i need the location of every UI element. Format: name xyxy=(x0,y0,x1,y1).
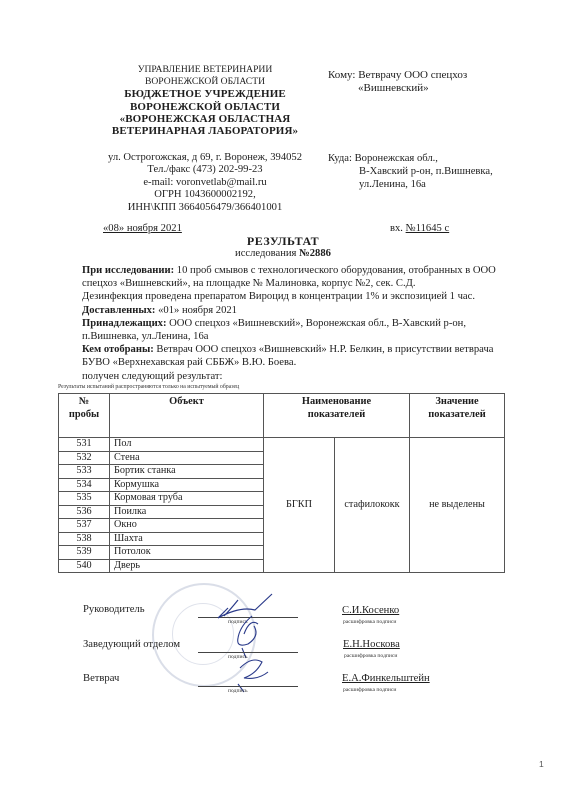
sample-number: 533 xyxy=(59,465,110,479)
sample-object: Кормушка xyxy=(110,478,264,492)
sample-number: 532 xyxy=(59,451,110,465)
sample-object: Дверь xyxy=(110,559,264,573)
incoming-number-value: №11645 с xyxy=(406,223,450,234)
sample-number: 540 xyxy=(59,559,110,573)
sample-object: Окно xyxy=(110,519,264,533)
research-paragraph: При исследовании: 10 проб смывов с техно… xyxy=(82,264,522,290)
ogrn-line: ОГРН 1043600002192, xyxy=(80,189,330,201)
sample-number: 534 xyxy=(59,478,110,492)
table-row: 531 Пол БГКП стафилококк не выделены xyxy=(59,438,505,452)
page-number: 1 xyxy=(539,759,544,769)
sample-number: 531 xyxy=(59,438,110,452)
incoming-number: вх. №11645 с xyxy=(390,223,449,234)
signature-caption: подпись xyxy=(228,654,248,660)
header-object: Объект xyxy=(110,394,264,438)
phone-line: Тел./факс (473) 202-99-23 xyxy=(80,164,330,176)
name-caption: расшифровка подписи xyxy=(344,653,397,659)
signature-caption: подпись xyxy=(228,688,248,694)
document-subtitle: исследования №2886 xyxy=(0,248,566,259)
header-text: пробы xyxy=(69,409,99,420)
name-caption: расшифровка подписи xyxy=(343,687,396,693)
signature-role-head: Руководитель xyxy=(83,604,145,615)
inn-line: ИНН\КПП 3664056479/366401001 xyxy=(80,202,330,214)
delivered-paragraph: Доставленных: «01» ноября 2021 xyxy=(82,304,522,317)
owner-label: Принадлежащих: xyxy=(82,318,167,329)
org-line: ВОРОНЕЖСКОЙ ОБЛАСТИ xyxy=(80,101,330,113)
address-line: ул. Острогожская, д 69, г. Воронеж, 3940… xyxy=(80,152,330,164)
signatory-name: С.И.Косенко xyxy=(342,605,399,616)
recipient-line: «Вишневский» xyxy=(328,82,467,95)
header-indicator-value: Значениепоказателей xyxy=(410,394,505,438)
indicator-value: не выделены xyxy=(410,438,505,573)
organization-header: УПРАВЛЕНИЕ ВЕТЕРИНАРИИ ВОРОНЕЖСКОЙ ОБЛАС… xyxy=(80,64,330,137)
results-table: №пробы Объект Наименованиепоказателей Зн… xyxy=(58,393,505,573)
signatory-name: Е.А.Финкельштейн xyxy=(342,673,430,684)
where-line: В-Хавский р-он, п.Вишневка, xyxy=(328,165,493,178)
where-line: Куда: Воронежская обл., xyxy=(328,152,493,165)
org-line: «ВОРОНЕЖСКАЯ ОБЛАСТНАЯ xyxy=(80,113,330,125)
signature-role-vet: Ветврач xyxy=(83,673,119,684)
signature-line xyxy=(198,686,298,687)
signatory-name: Е.Н.Носкова xyxy=(343,639,400,650)
recipient-line: Кому: Ветврачу ООО спецхоз xyxy=(328,69,467,82)
sampled-label: Кем отобраны: xyxy=(82,344,154,355)
name-caption: расшифровка подписи xyxy=(343,619,396,625)
delivered-text: «01» ноября 2021 xyxy=(155,305,237,316)
disinfection-text: Дезинфекция проведена препаратом Вироцид… xyxy=(82,290,522,303)
sample-object: Потолок xyxy=(110,546,264,560)
org-line: ВОРОНЕЖСКОЙ ОБЛАСТИ xyxy=(80,76,330,88)
subtitle-prefix: исследования xyxy=(235,248,299,259)
sample-object: Кормовая труба xyxy=(110,492,264,506)
sample-object: Стена xyxy=(110,451,264,465)
sample-number: 539 xyxy=(59,546,110,560)
header-text: показателей xyxy=(428,409,485,420)
header-indicator-name: Наименованиепоказателей xyxy=(264,394,410,438)
sample-number: 535 xyxy=(59,492,110,506)
recipient-to: Кому: Ветврачу ООО спецхоз «Вишневский» xyxy=(328,69,467,95)
recipient-where: Куда: Воронежская обл., В-Хавский р-он, … xyxy=(328,152,493,191)
result-intro: получен следующий результат: xyxy=(82,370,522,383)
org-line: ВЕТЕРИНАРНАЯ ЛАБОРАТОРИЯ» xyxy=(80,125,330,137)
header-text: показателей xyxy=(308,409,365,420)
sample-object: Бортик станка xyxy=(110,465,264,479)
sample-number: 538 xyxy=(59,532,110,546)
signature-line xyxy=(198,652,298,653)
handwritten-signatures-icon xyxy=(210,588,310,698)
header-text: Значение xyxy=(435,396,478,407)
email-line: e-mail: voronvetlab@mail.ru xyxy=(80,177,330,189)
results-disclaimer: Результаты испытаний распространяются то… xyxy=(58,384,239,390)
where-line: ул.Ленина, 16а xyxy=(328,178,493,191)
delivered-label: Доставленных: xyxy=(82,305,155,316)
document-title: РЕЗУЛЬТАТ xyxy=(0,234,566,249)
signature-role-dept-head: Заведующий отделом xyxy=(83,639,180,650)
indicator-bgkp: БГКП xyxy=(264,438,335,573)
incoming-prefix: вх. xyxy=(390,223,406,234)
sampled-paragraph: Кем отобраны: Ветврач ООО спецхоз «Вишне… xyxy=(82,343,522,369)
sample-object: Поилка xyxy=(110,505,264,519)
owner-paragraph: Принадлежащих: ООО спецхоз «Вишневский»,… xyxy=(82,317,522,343)
org-line: УПРАВЛЕНИЕ ВЕТЕРИНАРИИ xyxy=(80,64,330,76)
research-number: №2886 xyxy=(299,248,331,259)
header-text: Наименование xyxy=(302,396,371,407)
table-header-row: №пробы Объект Наименованиепоказателей Зн… xyxy=(59,394,505,438)
document-body: При исследовании: 10 проб смывов с техно… xyxy=(82,264,522,383)
sample-number: 537 xyxy=(59,519,110,533)
research-label: При исследовании: xyxy=(82,265,174,276)
header-text: № xyxy=(79,396,89,407)
sample-object: Шахта xyxy=(110,532,264,546)
sample-number: 536 xyxy=(59,505,110,519)
sample-object: Пол xyxy=(110,438,264,452)
organization-address: ул. Острогожская, д 69, г. Воронеж, 3940… xyxy=(80,152,330,214)
header-sample-number: №пробы xyxy=(59,394,110,438)
org-line: БЮДЖЕТНОЕ УЧРЕЖДЕНИЕ xyxy=(80,88,330,100)
document-date: «08» ноября 2021 xyxy=(103,223,182,234)
indicator-staph: стафилококк xyxy=(335,438,410,573)
